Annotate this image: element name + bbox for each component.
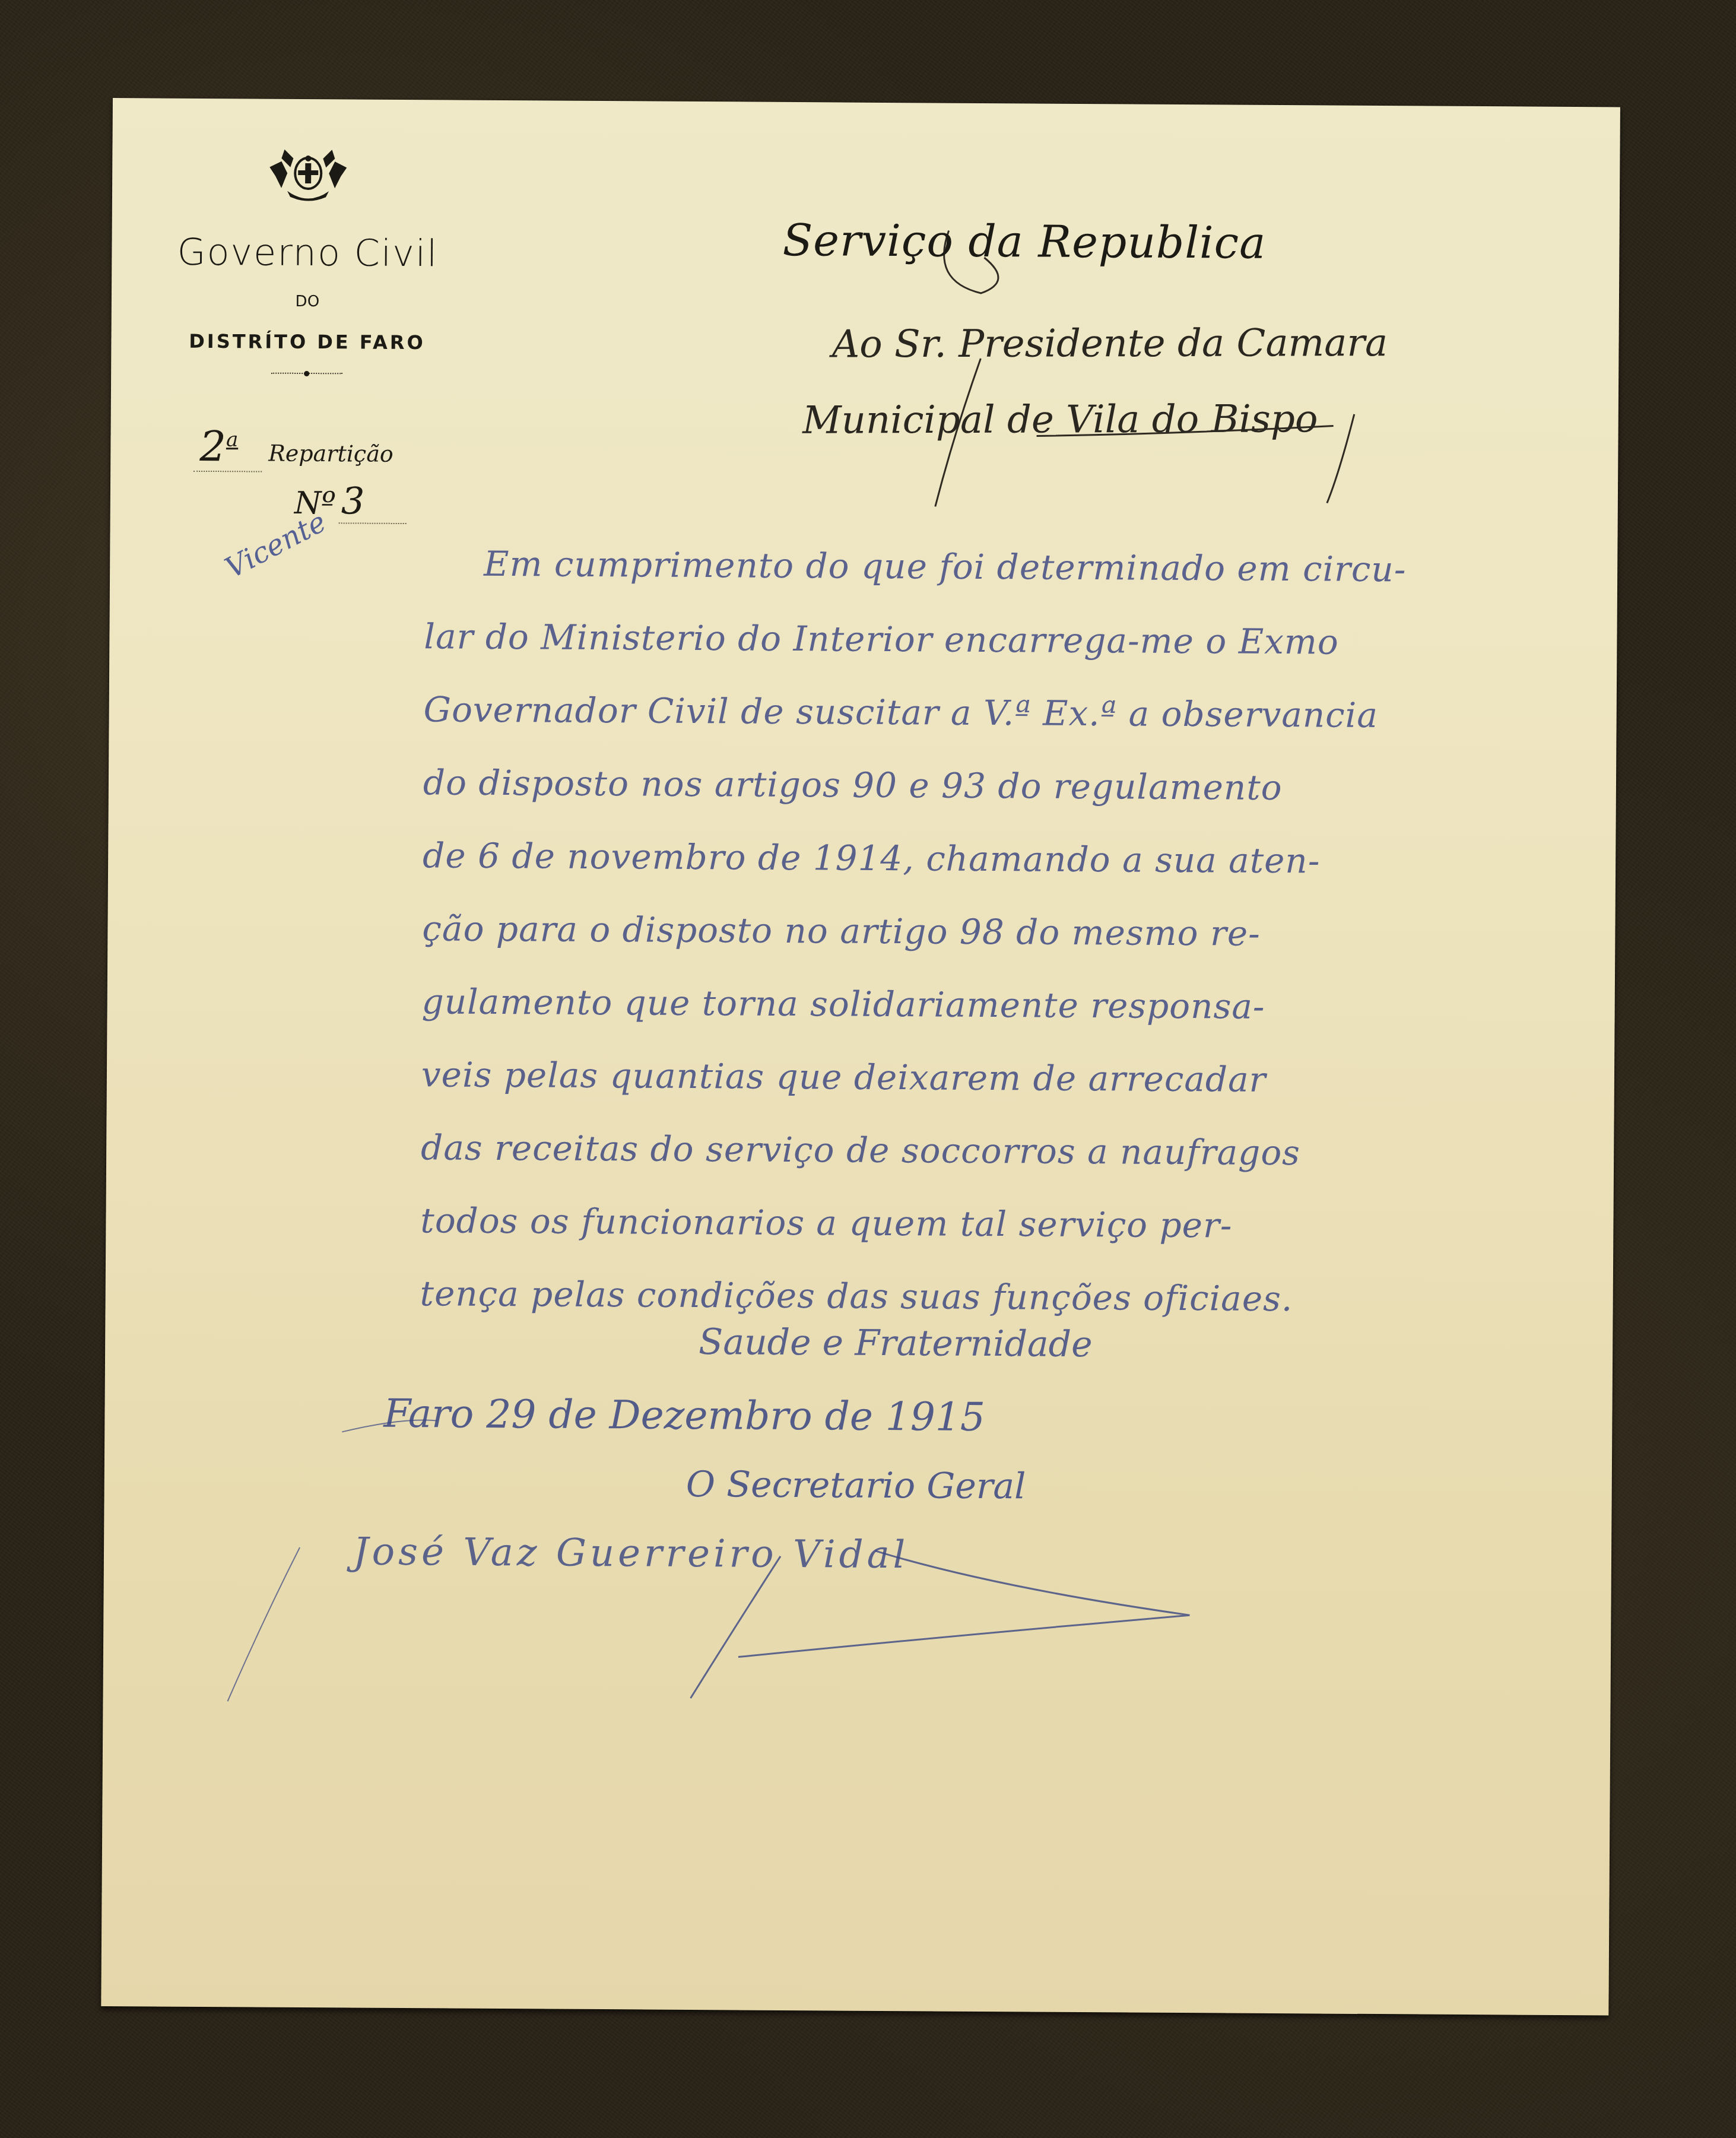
office-connector: DO (159, 291, 456, 311)
body-line: gulamento que torna solidariamente respo… (421, 965, 1550, 1045)
body-line: ção para o disposto no artigo 98 do mesm… (422, 892, 1550, 972)
body-line: todos os funcionarios a quem tal serviço… (420, 1184, 1548, 1264)
department-number: 2a (193, 422, 262, 472)
letterhead: Governo Civil DO DISTRÍTO DE FARO (158, 139, 456, 376)
body-line: Governador Civil de suscitar a V.ª Ex.ª … (423, 673, 1551, 753)
service-heading: Serviço da Republica (782, 215, 1266, 269)
office-title: Governo Civil (159, 233, 456, 272)
body-line: de 6 de novembro de 1914, chamando a sua… (423, 819, 1551, 899)
signature: José Vaz Guerreiro Vidal (353, 1530, 909, 1578)
letter-page: Governo Civil DO DISTRÍTO DE FARO 2a Rep… (101, 98, 1620, 2015)
department-label: Repartição (268, 440, 393, 467)
body-line: lar do Ministerio do Interior encarrega-… (424, 600, 1552, 680)
addressee-block: Ao Sr. Presidente da Camara Municipal de… (832, 305, 1388, 458)
salutation: Saude e Fraternidade (699, 1321, 1093, 1365)
addressee-line: Ao Sr. Presidente da Camara (832, 305, 1388, 382)
letter-body: Em cumprimento do que foi determinado em… (420, 527, 1552, 1337)
portuguese-coat-of-arms-icon (264, 141, 353, 207)
number-value: 3 (339, 479, 407, 524)
margin-annotation: Vicente (220, 505, 331, 585)
body-line: Em cumprimento do que foi determinado em… (424, 527, 1553, 607)
addressee-line: Municipal de Vila do Bispo (802, 381, 1388, 459)
office-district: DISTRÍTO DE FARO (158, 329, 455, 354)
divider-ornament (271, 371, 342, 376)
body-line: das receitas do serviço de soccorros a n… (421, 1111, 1549, 1191)
body-line: do disposto nos artigos 90 e 93 do regul… (423, 746, 1551, 826)
body-line: veis pelas quantias que deixarem de arre… (421, 1038, 1550, 1118)
place-date: Faro 29 de Dezembro de 1915 (383, 1391, 985, 1440)
department-field: 2a Repartição (193, 422, 393, 472)
signer-title: O Secretario Geral (686, 1464, 1026, 1507)
